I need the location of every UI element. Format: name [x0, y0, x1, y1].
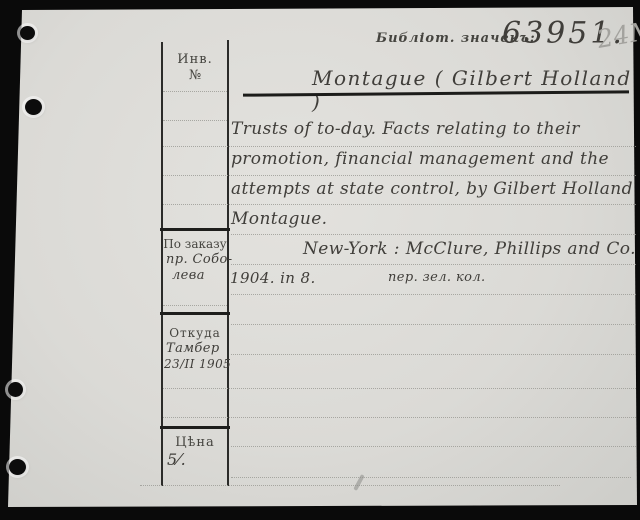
guide-line — [163, 175, 636, 176]
guide-line — [163, 305, 227, 306]
order-value-2: лева — [172, 268, 205, 283]
guide-line — [231, 324, 636, 325]
imprint-line: New-York : McClure, Phillips and Co. — [303, 239, 636, 259]
column-separator — [160, 228, 230, 231]
guide-line — [163, 417, 636, 418]
catalog-card-scan: Библіот. значекъ: 63951. 24М Montague ( … — [0, 0, 640, 520]
guide-line — [140, 485, 560, 486]
guide-line — [163, 91, 227, 92]
guide-line — [231, 446, 636, 447]
origin-value-2: 23/II 1905 — [164, 357, 231, 371]
guide-line — [231, 294, 636, 295]
guide-line — [231, 354, 636, 355]
guide-line — [231, 477, 631, 478]
origin-value-1: Тамбер — [166, 341, 220, 356]
title-line-3: attempts at state control, by Gilbert Ho… — [231, 179, 633, 199]
price-label: Цѣна — [163, 435, 227, 450]
guide-line — [231, 264, 636, 265]
guide-line — [163, 204, 636, 205]
price-value: 5⁄. — [167, 450, 186, 469]
guide-line — [163, 146, 636, 147]
punch-hole — [9, 459, 26, 475]
guide-line — [231, 234, 636, 235]
binding-note: пер. зел. кол. — [388, 270, 486, 285]
inventory-label-2: № — [163, 68, 227, 83]
origin-label: Откуда — [163, 326, 227, 340]
inventory-label-1: Инв. — [163, 52, 227, 67]
guide-line — [163, 388, 636, 389]
order-label: По заказу — [163, 237, 227, 251]
column-separator — [160, 312, 230, 315]
punch-hole — [20, 26, 35, 40]
year-format: 1904. in 8. — [230, 269, 316, 287]
punch-hole — [8, 382, 23, 397]
title-line-1: Trusts of to-day. Facts relating to thei… — [231, 119, 580, 139]
column-separator — [160, 426, 230, 429]
title-line-2: promotion, financial management and the — [231, 149, 609, 169]
punch-hole — [25, 99, 42, 115]
order-value-1: пр. Собо- — [166, 252, 233, 267]
column-left-rule — [161, 42, 163, 486]
title-line-4: Montague. — [231, 209, 327, 229]
guide-line — [163, 120, 227, 121]
